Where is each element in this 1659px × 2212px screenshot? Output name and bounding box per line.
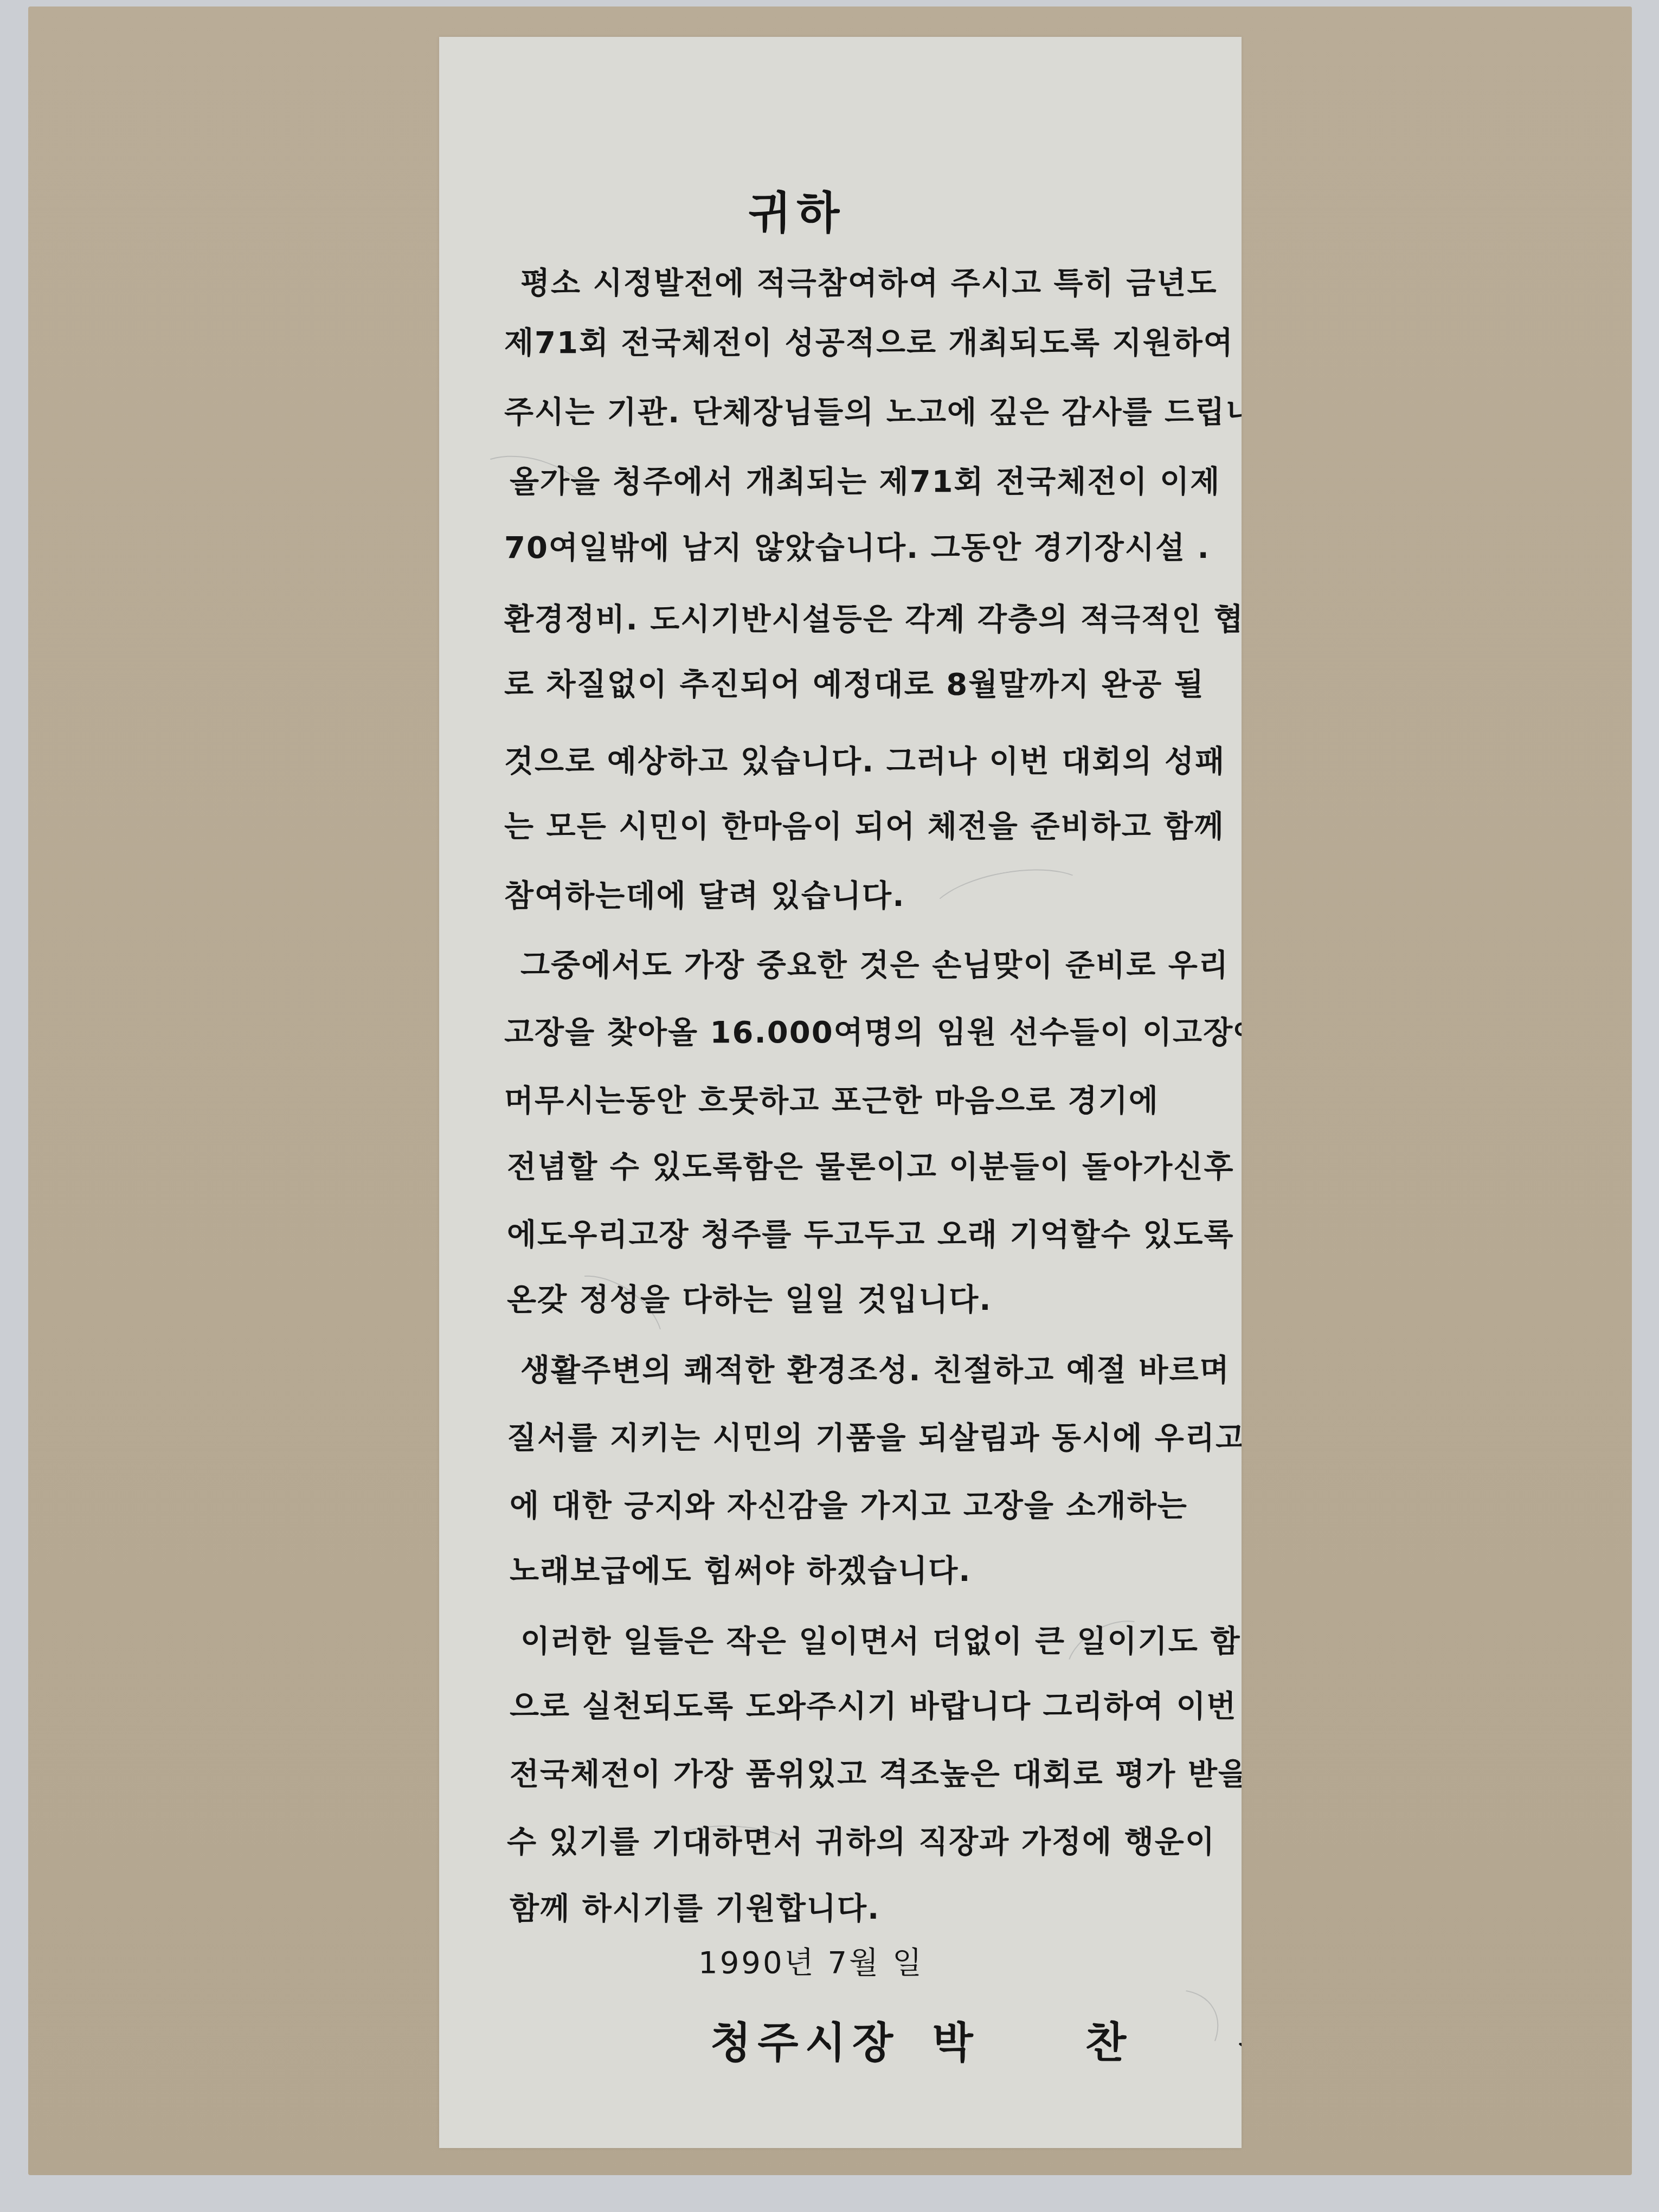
paper-fiber-decoration bbox=[923, 858, 1097, 953]
body-line: 수 있기를 기대하면서 귀하의 직장과 가정에 행운이 bbox=[507, 1818, 1216, 1861]
body-line: 제71회 전국체전이 성공적으로 개최되도록 지원하여 bbox=[504, 319, 1234, 362]
body-line: 그중에서도 가장 중요한 것은 손님맞이 준비로 우리 bbox=[520, 941, 1229, 985]
signer-name: 박 찬 무 bbox=[932, 2019, 1242, 2068]
body-line: 참여하는데에 달려 있습니다. bbox=[504, 872, 905, 915]
letter-date: 1990년 7월 일 bbox=[698, 1939, 924, 1982]
body-line: 질서를 지키는 시민의 기품을 되살림과 동시에 우리고장 bbox=[507, 1414, 1242, 1457]
body-line: 는 모든 시민이 한마음이 되어 체전을 준비하고 함께 bbox=[504, 802, 1225, 846]
body-line: 이러한 일들은 작은 일이면서 더없이 큰 일이기도 함 bbox=[520, 1617, 1241, 1661]
body-line: 주시는 기관. 단체장님들의 노고에 깊은 감사를 드립니다 bbox=[504, 388, 1242, 432]
signature-block: 청주시장박 찬 무드림 bbox=[710, 2009, 1242, 2070]
body-line: 로 차질없이 추진되어 예정대로 8월말까지 완공 될 bbox=[504, 660, 1205, 704]
body-line: 생활주변의 쾌적한 환경조성. 친절하고 예절 바르며 bbox=[520, 1346, 1230, 1390]
body-line: 70여일밖에 남지 않았습니다. 그동안 경기장시설 . bbox=[504, 524, 1210, 567]
letter-salutation: 귀하 bbox=[439, 178, 1242, 241]
body-line: 전념할 수 있도록함은 물론이고 이분들이 돌아가신후 bbox=[507, 1143, 1234, 1186]
body-line: 환경정비. 도시기반시설등은 각계 각층의 적극적인 협조 bbox=[504, 595, 1242, 639]
body-line: 머무시는동안 흐뭇하고 포근한 마음으로 경기에 bbox=[504, 1077, 1159, 1120]
letter-paper: 귀하 평소 시정발전에 적극참여하여 주시고 특히 금년도 제71회 전국체전이… bbox=[439, 37, 1242, 2148]
body-line: 온갖 정성을 다하는 일일 것입니다. bbox=[507, 1276, 992, 1319]
body-line: 올가을 청주에서 개최되는 제71회 전국체전이 이제 bbox=[510, 458, 1220, 501]
body-line: 전국체전이 가장 품위있고 격조높은 대회로 평가 받을 bbox=[510, 1750, 1242, 1793]
body-line: 으로 실천되도록 도와주시기 바랍니다 그리하여 이번 bbox=[510, 1682, 1237, 1726]
body-line: 노래보급에도 힘써야 하겠습니다. bbox=[510, 1547, 972, 1590]
body-line: 에도우리고장 청주를 두고두고 오래 기억할수 있도록 bbox=[507, 1211, 1234, 1254]
body-line: 함께 하시기를 기원합니다. bbox=[510, 1885, 880, 1928]
body-line: 고장을 찾아올 16.000여명의 임원 선수들이 이고장에 bbox=[504, 1008, 1242, 1052]
signer-title: 청주시장 bbox=[710, 2019, 899, 2068]
body-line: 것으로 예상하고 있습니다. 그러나 이번 대회의 성패 bbox=[504, 737, 1225, 781]
body-line: 평소 시정발전에 적극참여하여 주시고 특히 금년도 bbox=[520, 259, 1218, 303]
body-line: 에 대한 긍지와 자신감을 가지고 고장을 소개하는 bbox=[510, 1482, 1188, 1525]
